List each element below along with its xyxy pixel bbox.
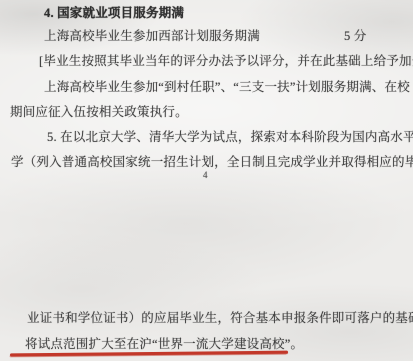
page-number: 4 — [203, 167, 208, 184]
scanned-document-page: 4. 国家就业项目服务期满 上海高校毕业生参加西部计划服务期满 5 分 [毕业生… — [0, 0, 413, 361]
section4-paragraph-line2: 期间应征入伍按相关政策执行。 — [10, 104, 188, 121]
section5-line1: 5. 在以北京大学、清华大学为试点，探索对本科阶段为国内高水平大 — [47, 129, 413, 146]
section4-item-score: 5 分 — [344, 28, 366, 45]
section4-bracket-note: [毕业生按照其毕业当年的评分办法予以评分，并在此基础上给予加分] — [39, 53, 413, 70]
section4-paragraph-line1: 上海高校毕业生参加“到村任职”、“三支一扶”计划服务期满、在校 — [44, 79, 410, 96]
section4-item-text: 上海高校毕业生参加西部计划服务期满 — [44, 28, 260, 45]
section5-line2: 学（列入普通高校国家统一招生计划，全日制且完成学业并取得相应的毕 — [11, 154, 413, 171]
next-page-line1: 业证书和学位证书）的应届毕业生，符合基本申报条件即可落户的基础上， — [27, 310, 413, 327]
section4-heading: 4. 国家就业项目服务期满 — [44, 5, 184, 22]
